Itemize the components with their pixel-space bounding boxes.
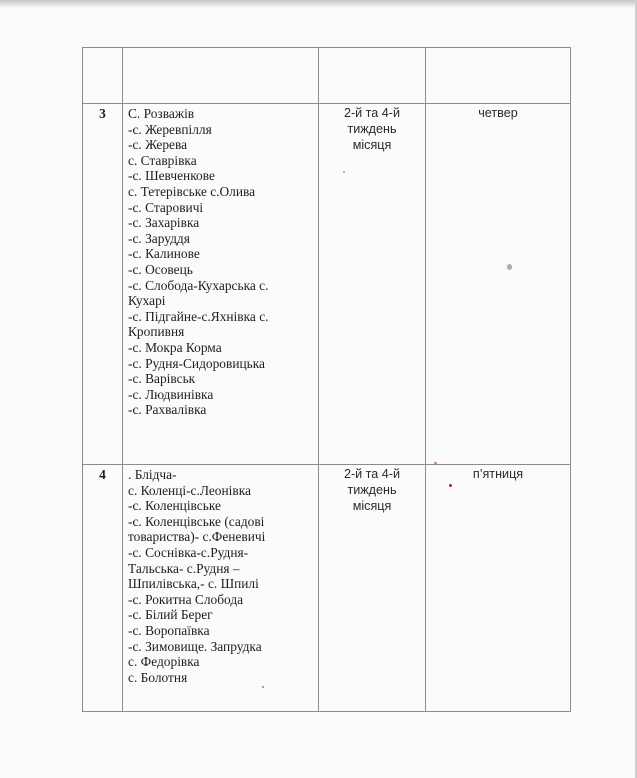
- village-name: товариства)- с.Феневичі: [128, 529, 314, 545]
- week-line: тиждень: [319, 483, 425, 499]
- village-name: Тальська- с.Рудня –: [128, 561, 314, 577]
- village-name: . Блідча-: [128, 467, 314, 483]
- village-name: -с. Підгайне-с.Яхнівка с.: [128, 309, 314, 325]
- village-name: -с. Зимовище. Запрудка: [128, 639, 314, 655]
- village-name: с. Коленці-с.Леонівка: [128, 483, 314, 499]
- village-name: -с. Рокитна Слобода: [128, 592, 314, 608]
- day-label: четвер: [426, 106, 570, 122]
- village-name: с. Федорівка: [128, 654, 314, 670]
- row-number: 4: [83, 465, 123, 712]
- village-name: -с. Варівськ: [128, 371, 314, 387]
- week-line: місяця: [319, 138, 425, 154]
- cell-week: [319, 48, 426, 104]
- week-line: місяця: [319, 499, 425, 515]
- week-line: 2-й та 4-й: [319, 106, 425, 122]
- collection-day: четвер: [426, 104, 571, 465]
- village-name: -с. Заруддя: [128, 231, 314, 247]
- village-name: с. Тетерівське с.Олива: [128, 184, 314, 200]
- village-list: С. Розважів-с. Жеревпілля-с. Жеревас. Ст…: [123, 104, 319, 465]
- village-list: . Блідча-с. Коленці-с.Леонівка-с. Коленц…: [123, 465, 319, 712]
- scan-speck: [449, 484, 452, 487]
- scan-speck: [262, 686, 264, 688]
- collection-week: 2-й та 4-й тиждень місяця: [319, 465, 426, 712]
- row-number: 3: [83, 104, 123, 465]
- village-name: -с. Воропаївка: [128, 623, 314, 639]
- table-row: 3 С. Розважів-с. Жеревпілля-с. Жеревас. …: [83, 104, 571, 465]
- village-name: С. Розважів: [128, 106, 314, 122]
- collection-day: п’ятниця: [426, 465, 571, 712]
- village-name: -с. Жеревпілля: [128, 122, 314, 138]
- village-name: -с. Мокра Корма: [128, 340, 314, 356]
- village-name: -с. Шевченкове: [128, 168, 314, 184]
- village-name: -с. Білий Берег: [128, 607, 314, 623]
- village-name: -с. Людвинівка: [128, 387, 314, 403]
- cell-day: [426, 48, 571, 104]
- village-name: -с. Захарівка: [128, 215, 314, 231]
- table-row: 4 . Блідча-с. Коленці-с.Леонівка-с. Коле…: [83, 465, 571, 712]
- village-name: с. Ставрівка: [128, 153, 314, 169]
- week-line: 2-й та 4-й: [319, 467, 425, 483]
- village-name: -с. Соснівка-с.Рудня-: [128, 545, 314, 561]
- scan-speck: [343, 171, 345, 173]
- table-row-continuation: [83, 48, 571, 104]
- village-name: -с. Слобода-Кухарська с.: [128, 278, 314, 294]
- village-name: Шпилівська,- с. Шпилі: [128, 576, 314, 592]
- village-name: -с. Старовичі: [128, 200, 314, 216]
- village-name: -с. Осовець: [128, 262, 314, 278]
- village-name: -с. Рахвалівка: [128, 402, 314, 418]
- village-name: с. Болотня: [128, 670, 314, 686]
- week-line: тиждень: [319, 122, 425, 138]
- village-name: -с. Жерева: [128, 137, 314, 153]
- village-name: -с. Коленцівське: [128, 498, 314, 514]
- scan-speck: [434, 462, 437, 464]
- village-name: Кропивня: [128, 324, 314, 340]
- cell-number: [83, 48, 123, 104]
- cell-villages: [123, 48, 319, 104]
- scan-shadow-top: [0, 0, 637, 8]
- village-name: -с. Рудня-Сидоровицька: [128, 356, 314, 372]
- schedule-table: 3 С. Розважів-с. Жеревпілля-с. Жеревас. …: [82, 47, 571, 712]
- village-name: -с. Калинове: [128, 246, 314, 262]
- day-label: п’ятниця: [426, 467, 570, 483]
- scan-speck: [507, 264, 512, 270]
- collection-week: 2-й та 4-й тиждень місяця: [319, 104, 426, 465]
- village-name: -с. Коленцівське (садові: [128, 514, 314, 530]
- village-name: Кухарі: [128, 293, 314, 309]
